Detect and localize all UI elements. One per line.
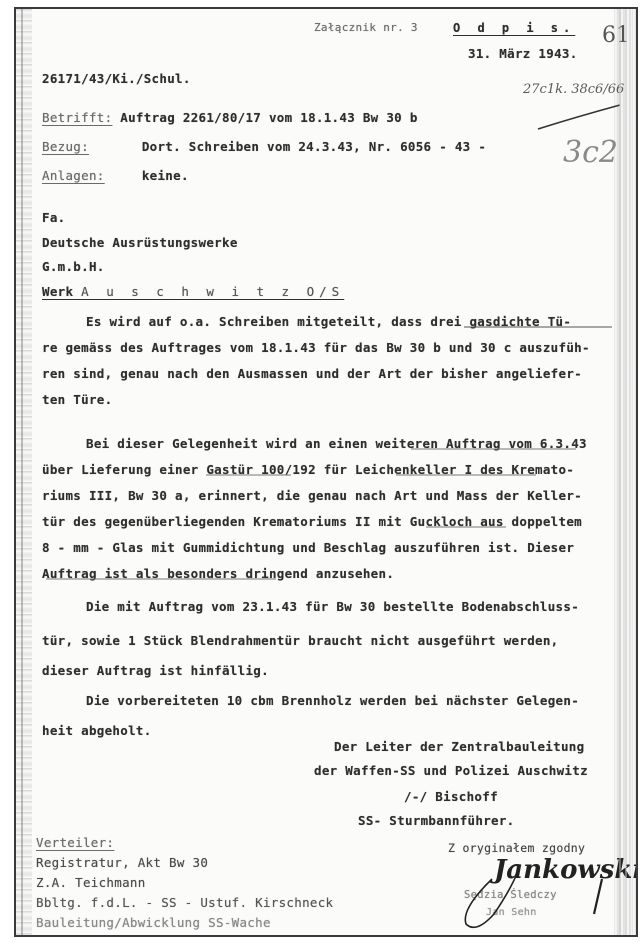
handwritten-signature: Jankowski	[494, 855, 638, 885]
signatory-rank: SS- Sturmbannführer.	[358, 813, 515, 828]
body-line: 8 - mm - Glas mit Gummidichtung und Besc…	[42, 540, 574, 555]
recipient-company: Deutsche Ausrüstungswerke	[42, 235, 238, 250]
body-line: ren sind, genau nach den Ausmassen und d…	[42, 366, 582, 381]
attachment-note: Załącznik nr. 3	[314, 21, 418, 34]
body-line: re gemäss des Auftrages vom 18.1.43 für …	[42, 340, 590, 355]
meta-label: Anlagen:	[42, 168, 134, 183]
body-line: Die mit Auftrag vom 23.1.43 für Bw 30 be…	[86, 599, 579, 614]
meta-label: Bezug:	[42, 139, 134, 154]
plant-prefix: Werk	[42, 284, 73, 299]
body-line: Es wird auf o.a. Schreiben mitgeteilt, d…	[86, 314, 571, 329]
document-page: Załącznik nr. 3 O d p i s. 61 31. März 1…	[14, 7, 638, 937]
stamp-line-3: Jan Sehn	[486, 907, 537, 918]
body-line: ten Türe.	[42, 392, 112, 407]
body-line: riums III, Bw 30 a, erinnert, die genau …	[42, 488, 582, 503]
body-line: heit abgeholt.	[42, 723, 152, 738]
recipient-plant: Werk A u s c h w i t z O/S	[42, 284, 344, 299]
body-line: Die vorbereiteten 10 cbm Brennholz werde…	[86, 693, 579, 708]
distribution-title: Verteiler:	[36, 835, 114, 850]
distribution-item: Z.A. Teichmann	[36, 875, 146, 890]
body-line: Bei dieser Gelegenheit wird an einen wei…	[86, 436, 587, 451]
meta-label: Betrifft:	[42, 110, 112, 125]
meta-field-reference: Bezug: Dort. Schreiben vom 24.3.43, Nr. …	[42, 139, 486, 154]
body-line: tür, sowie 1 Stück Blendrahmentür brauch…	[42, 633, 559, 648]
meta-value: Auftrag 2261/80/17 vom 18.1.43 Bw 30 b	[120, 110, 417, 125]
meta-value: Dort. Schreiben vom 24.3.43, Nr. 6056 - …	[142, 139, 486, 154]
body-line: tür des gegenüberliegenden Krematoriums …	[42, 514, 582, 529]
recipient-legal-form: G.m.b.H.	[42, 259, 105, 274]
distribution-item: Bbltg. f.d.L. - SS - Ustuf. Kirschneck	[36, 895, 333, 910]
meta-field-attachments: Anlagen: keine.	[42, 168, 189, 183]
reference-number: 26171/43/Ki./Schul.	[42, 71, 191, 86]
distribution-item: Bauleitung/Abwicklung SS-Wache	[36, 915, 271, 930]
body-line: dieser Auftrag ist hinfällig.	[42, 663, 269, 678]
recipient-salutation: Fa.	[42, 210, 65, 225]
signatory-name: /-/ Bischoff	[404, 789, 498, 804]
page-number: 61	[602, 23, 630, 48]
copy-mark: O d p i s.	[453, 21, 575, 35]
distribution-item: Registratur, Akt Bw 30	[36, 855, 208, 870]
meta-value: keine.	[142, 168, 189, 183]
letter-date: 31. März 1943.	[468, 46, 578, 61]
signature-line-2: der Waffen-SS und Polizei Auschwitz	[314, 763, 588, 778]
body-line: über Lieferung einer Gastür 100/192 für …	[42, 462, 574, 477]
plant-name: A u s c h w i t z O/S	[81, 284, 344, 299]
scan-margin-left	[16, 9, 32, 935]
stamp-line-2: Sędzia Śledczy	[464, 889, 557, 901]
body-line: Auftrag ist als besonders dringend anzus…	[42, 566, 394, 581]
handwritten-note-top: 27c1k. 38c6/66	[523, 82, 624, 97]
stamp-text: Z oryginałem zgodny	[448, 841, 585, 855]
handwritten-note-mid: 3c2	[563, 135, 618, 170]
signature-line-1: Der Leiter der Zentralbauleitung	[334, 739, 584, 754]
meta-field-subject: Betrifft: Auftrag 2261/80/17 vom 18.1.43…	[42, 110, 418, 125]
